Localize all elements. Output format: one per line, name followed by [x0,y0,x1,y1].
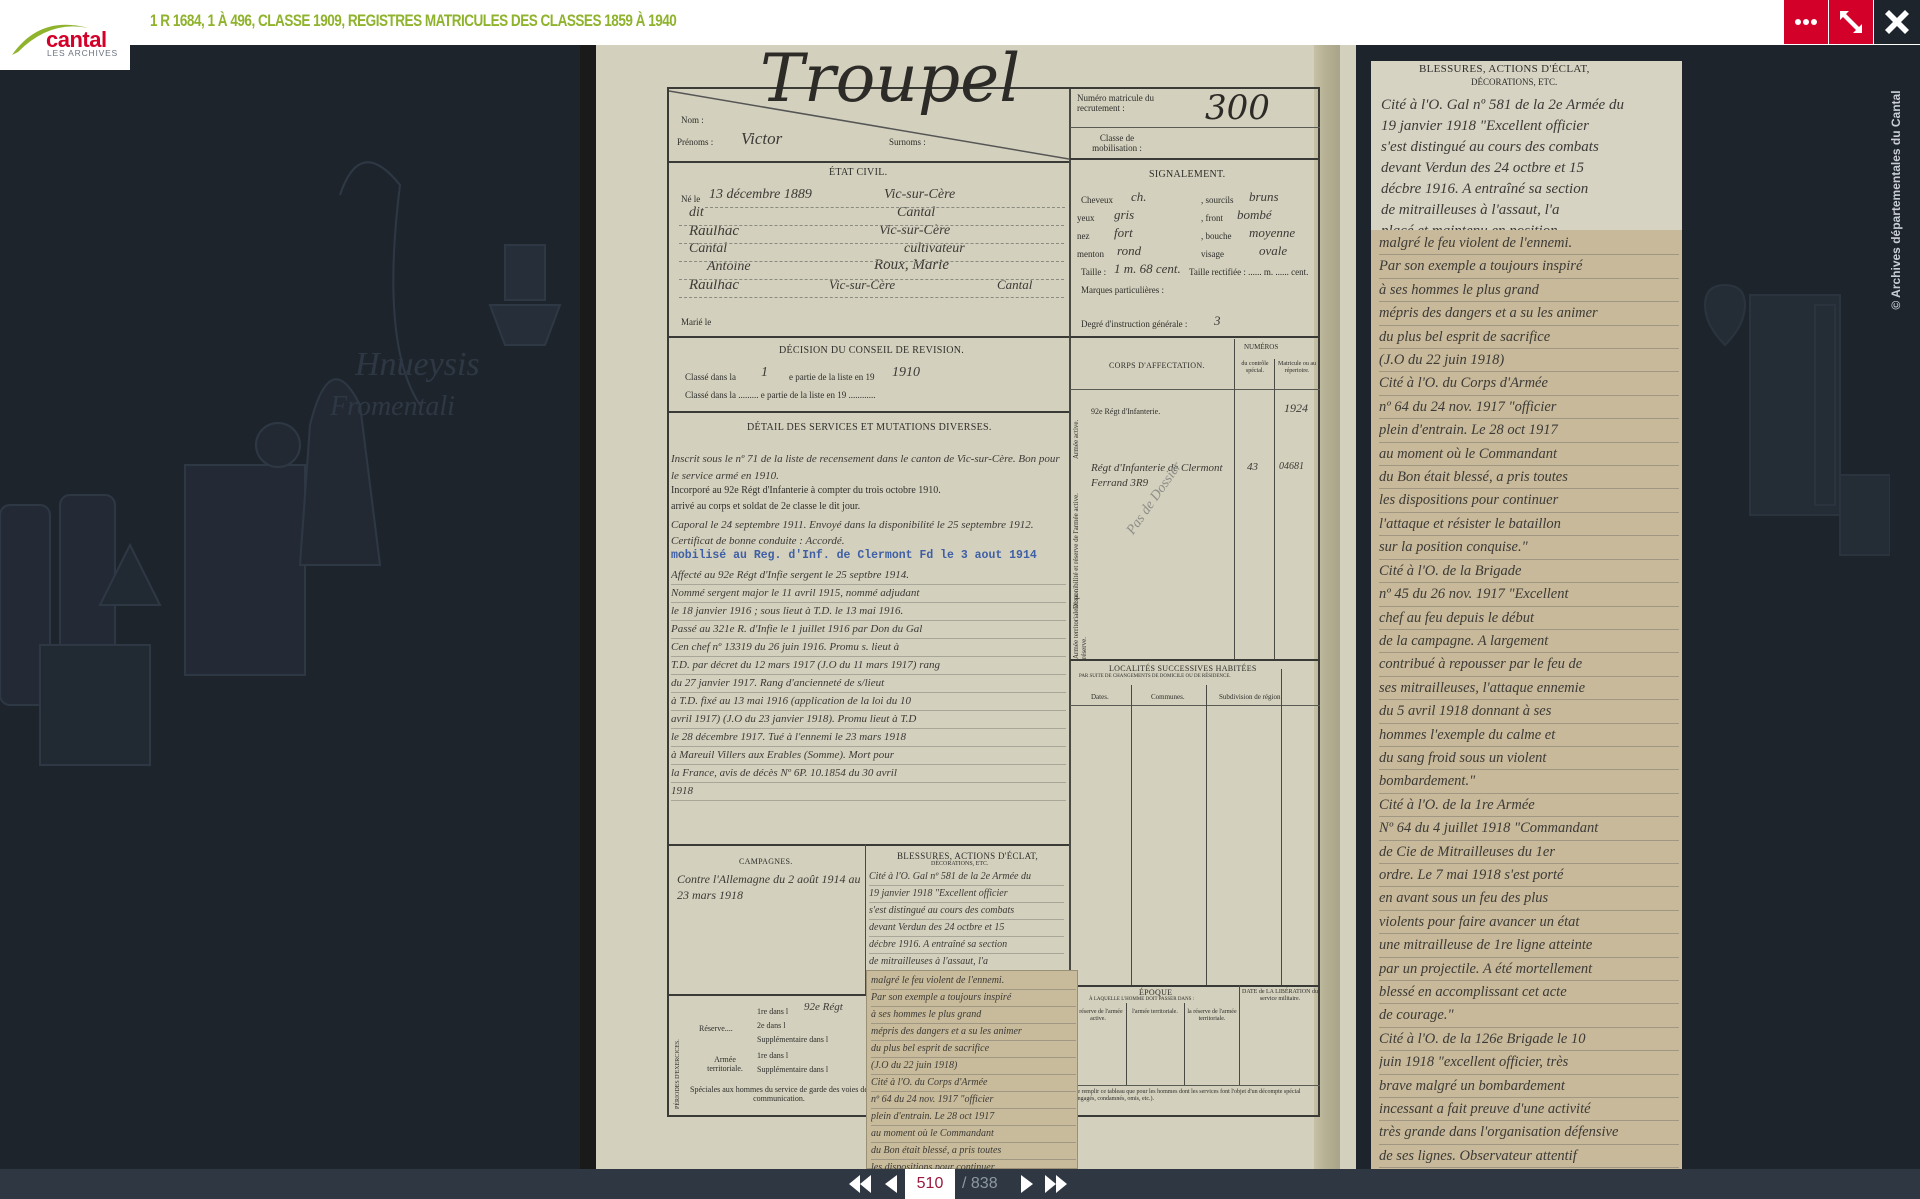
copyright-notice: © Archives départementales du Cantal [1886,80,1906,320]
fullscreen-button[interactable] [1829,0,1873,44]
handwritten-line: incessant a fait preuve d'une activité [1379,1098,1679,1121]
handwritten-line: mépris des dangers et a su les animer [871,1024,1076,1041]
handwritten-line: brave malgré un bombardement [1379,1075,1679,1098]
handwritten-line: nº 64 du 24 nov. 1917 "officier [871,1092,1076,1109]
handwritten-line: le 18 janvier 1916 ; sous lieut à T.D. l… [671,603,1066,621]
handwritten-line: à Mareuil Villers aux Erables (Somme). M… [671,747,1066,765]
handwritten-line: les dispositions pour continuer [1379,489,1679,512]
handwritten-line: Cen chef nº 13319 du 26 juin 1916. Promu… [671,639,1066,657]
handwritten-line: Cité à l'O. Gal nº 581 de la 2e Armée du [869,869,1064,886]
handwritten-line: plein d'entrain. Le 28 oct 1917 [1379,419,1679,442]
handwritten-line: 1918 [671,783,1066,801]
handwritten-line: 19 janvier 1918 "Excellent officier [869,886,1064,903]
handwritten-line: Cité à l'O. de la 1re Armée [1379,794,1679,817]
pagination-bar: / 838 [0,1169,1920,1199]
background-artwork-right [1690,45,1890,1169]
numero-matricule-value: 300 [1205,88,1270,128]
logo-subtitle: LES ARCHIVES [47,48,118,58]
handwritten-line: très grande dans l'organisation défensiv… [1379,1121,1679,1144]
background-artwork-left: Hnueysis Fromentali [0,45,580,1169]
handwritten-line: du Bon était blessé, a pris toutes [871,1143,1076,1160]
next-page-icon [1021,1175,1033,1193]
handwritten-line: juin 1918 "excellent officier, très [1379,1051,1679,1074]
handwritten-line: (J.O du 22 juin 1918) [871,1058,1076,1075]
handwritten-line: violents pour faire avancer un état [1379,911,1679,934]
page-total: / 838 [962,1175,998,1193]
handwritten-line: contribué à repousser par le feu de [1379,653,1679,676]
citation-slip: malgré le feu violent de l'ennemi.Par so… [866,970,1078,1169]
archive-viewer: Hnueysis Fromentali 1 R 1684, 1 À 496, C… [0,0,1920,1199]
handwritten-line: devant Verdun des 24 octbre et 15 [869,920,1064,937]
handwritten-line: au moment où le Commandant [1379,443,1679,466]
document-title: 1 R 1684, 1 À 496, CLASSE 1909, REGISTRE… [150,12,676,31]
handwritten-line: T.D. par décret du 12 mars 1917 (J.O du … [671,657,1066,675]
handwritten-line: chef au feu depuis le début [1379,607,1679,630]
next-page-button[interactable] [1012,1169,1042,1199]
nom-value: Troupel [760,40,1020,117]
handwritten-line: le 28 décembre 1917. Tué à l'ennemi le 2… [671,729,1066,747]
handwritten-line: nº 64 du 24 nov. 1917 "officier [1379,396,1679,419]
prev-page-button[interactable] [876,1169,906,1199]
handwritten-line: Par son exemple a toujours inspiré [871,990,1076,1007]
more-options-button[interactable] [1784,0,1828,44]
handwritten-line: bombardement." [1379,770,1679,793]
header-bar: 1 R 1684, 1 À 496, CLASSE 1909, REGISTRE… [0,0,1920,45]
handwritten-line: de mitrailleuses à l'assaut, l'a [869,954,1064,971]
handwritten-line: Affecté au 92e Régt d'Infie sergent le 2… [671,567,1066,585]
close-icon [1885,10,1909,34]
handwritten-line: par un projectile. A été mortellement [1379,958,1679,981]
more-icon [1794,18,1818,26]
handwritten-line: de la campagne. A largement [1379,630,1679,653]
handwritten-line: ses mitrailleuses, l'attaque ennemie [1379,677,1679,700]
handwritten-line: Cité à l'O. de la Brigade [1379,560,1679,583]
svg-text:Hnueysis: Hnueysis [354,346,480,383]
handwritten-line: Cité à l'O. du Corps d'Armée [871,1075,1076,1092]
prev-page-icon [885,1175,897,1193]
handwritten-line: blessé en accomplissant cet acte [1379,981,1679,1004]
handwritten-line: s'est distingué au cours des combats [869,903,1064,920]
handwritten-line: ordre. Le 7 mai 1918 s'est porté [1379,864,1679,887]
last-page-icon [1045,1175,1067,1193]
handwritten-line: au moment où le Commandant [871,1126,1076,1143]
mobilisation-stamp: mobilisé au Reg. d'Inf. de Clermont Fd l… [671,549,1037,562]
handwritten-line: l'attaque et résister le bataillon [1379,513,1679,536]
handwritten-line: de ses lignes. Observateur attentif [1379,1145,1679,1168]
handwritten-line: hommes l'exemple du calme et [1379,724,1679,747]
handwritten-line: plein d'entrain. Le 28 oct 1917 [871,1109,1076,1126]
handwritten-line: (J.O du 22 juin 1918) [1379,349,1679,372]
handwritten-line: de Cie de Mitrailleuses du 1er [1379,841,1679,864]
page-number-input[interactable] [905,1169,955,1199]
registre-matricule-form: Nom : Prénoms : Victor Surnoms : Numéro … [667,87,1320,1117]
first-page-icon [849,1175,871,1193]
handwritten-line: à ses hommes le plus grand [1379,279,1679,302]
handwritten-line: la France, avis de décès Nº 6P. 10.1854 … [671,765,1066,783]
handwritten-line: à T.D. fixé au 13 mai 1916 (application … [671,693,1066,711]
handwritten-line: malgré le feu violent de l'ennemi. [871,973,1076,990]
handwritten-line: de courage." [1379,1004,1679,1027]
handwritten-line: à ses hommes le plus grand [871,1007,1076,1024]
handwritten-line: du plus bel esprit de sacrifice [871,1041,1076,1058]
citation-slip-right: malgré le feu violent de l'ennemi.Par so… [1371,230,1682,1169]
expand-icon [1838,9,1864,35]
handwritten-line: malgré le feu violent de l'ennemi. [1379,232,1679,255]
first-page-button[interactable] [845,1169,875,1199]
handwritten-line: du 5 avril 1918 donnant à ses [1379,700,1679,723]
handwritten-line: Par son exemple a toujours inspiré [1379,255,1679,278]
handwritten-line: du 27 janvier 1917. Rang d'ancienneté de… [671,675,1066,693]
handwritten-line: du plus bel esprit de sacrifice [1379,326,1679,349]
handwritten-line: Nommé sergent major le 11 avril 1915, no… [671,585,1066,603]
cantal-archives-logo[interactable]: cantal LES ARCHIVES [0,0,130,70]
handwritten-line: Cité à l'O. de la 126e Brigade le 10 [1379,1028,1679,1051]
handwritten-line: nº 45 du 26 nov. 1917 "Excellent [1379,583,1679,606]
handwritten-line: du sang froid sous un violent [1379,747,1679,770]
handwritten-line: décbre 1916. A entraîné sa section [869,937,1064,954]
handwritten-line: Passé au 321e R. d'Infie le 1 juillet 19… [671,621,1066,639]
last-page-button[interactable] [1041,1169,1071,1199]
handwritten-line: une mitrailleuse de 1re ligne atteinte [1379,934,1679,957]
handwritten-line: mépris des dangers et a su les animer [1379,302,1679,325]
handwritten-line: en avant sous un feu des plus [1379,887,1679,910]
handwritten-line: Nº 64 du 4 juillet 1918 "Commandant [1379,817,1679,840]
handwritten-line: sur la position conquise." [1379,536,1679,559]
close-button[interactable] [1874,0,1920,44]
handwritten-line: avril 1917) (J.O du 23 janvier 1918). Pr… [671,711,1066,729]
handwritten-line: du Bon était blessé, a pris toutes [1379,466,1679,489]
svg-text:Fromentali: Fromentali [329,391,455,422]
handwritten-line: Cité à l'O. du Corps d'Armée [1379,372,1679,395]
